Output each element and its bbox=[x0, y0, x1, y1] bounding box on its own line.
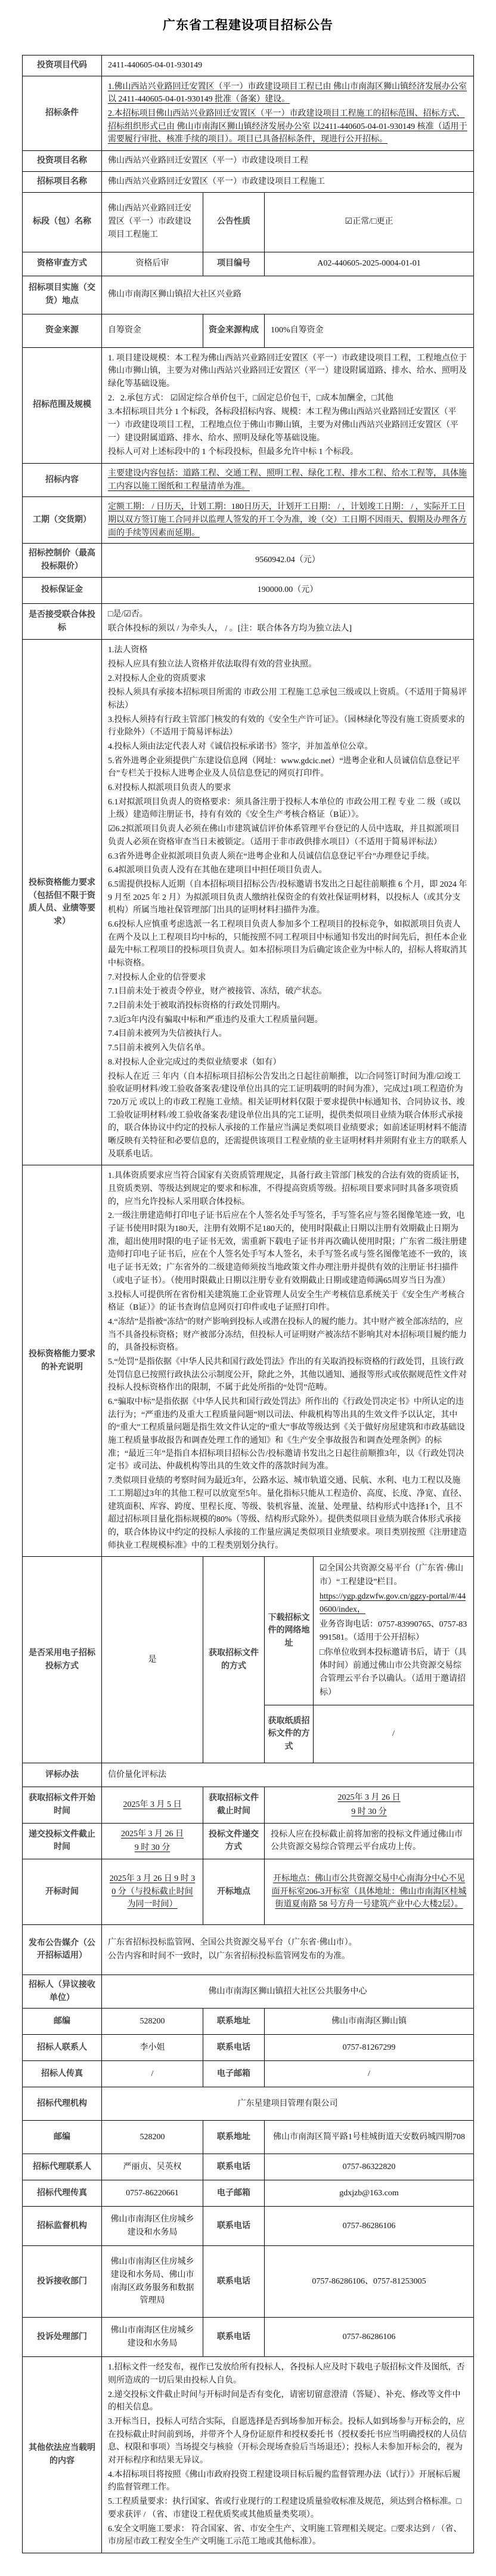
agency-email-value: gdxjzb@163.com bbox=[264, 2180, 473, 2207]
paragraph: 7.类似项目业绩的考察时间为最近3年，公路水运、城市轨道交通、民航、水利、电力工… bbox=[108, 1474, 467, 1553]
opening-place-value: 开标地点：佛山市公共资源交易中心南海分中心不见面开标室206-3开标室（具体地址… bbox=[264, 1859, 473, 1924]
complaint-handle-label: 投诉处理部门 bbox=[22, 2318, 101, 2357]
obtain-start-label: 获取招标文件开始时间 bbox=[22, 1787, 101, 1823]
row-tenderer: 招标人（异议接收单位） 佛山市南海区狮山镇招大社区公共服务中心 bbox=[22, 1975, 473, 2008]
complaint-receive-tel-label: 联系电话 bbox=[203, 2246, 264, 2318]
paragraph: 联合体投标的须以 / 为牵头人， / 。[注：联合体各方均为独立法人] bbox=[108, 622, 467, 636]
row-consortium: 是否接受联合体投标 □是/☑否。联合体投标的须以 / 为牵头人， / 。[注：联… bbox=[22, 603, 473, 639]
paragraph: 7.对投标人企业的信誉要求 bbox=[108, 971, 467, 985]
tender-project-name-value: 佛山西站兴业路回迁安置区（平一）市政建设项目工程施工 bbox=[101, 171, 473, 192]
tenderer-tel-value: 0757-81267299 bbox=[264, 2035, 473, 2061]
paragraph: 5.“处罚”是指依据《中华人民共和国行政处罚法》作出的有关取消投标资格的行政处罚… bbox=[108, 1355, 467, 1395]
project-number-label: 项目编号 bbox=[203, 252, 264, 276]
invest-project-name-label: 投资项目名称 bbox=[22, 151, 101, 172]
tender-conditions-label: 招标条件 bbox=[22, 76, 101, 150]
agency-postcode-label: 邮编 bbox=[22, 2121, 101, 2154]
tenderer-email-label: 电子邮箱 bbox=[203, 2061, 264, 2087]
paragraph: 7.3近3年内没有骗取中标和严重违约及重大工程质量问题。 bbox=[108, 1013, 467, 1028]
obtain-start-value: 2025年 3 月 5 日 bbox=[101, 1787, 203, 1823]
paragraph: 投标人须具有承接本招标项目所需的 市政公用 工程施工总承包三级或以上资质。（不适… bbox=[108, 686, 467, 712]
supervision-label: 招标监督机构 bbox=[22, 2207, 101, 2246]
download-invite-text: □你单位收到本投标邀请书后，请于（具体时间）前通过佛山市公共资源交易综合管理云平… bbox=[320, 1646, 467, 1701]
row-tender-project-name: 招标项目名称 佛山西站兴业路回迁安置区（平一）市政建设项目工程施工 bbox=[22, 171, 473, 192]
complaint-handle-tel-label: 联系电话 bbox=[203, 2318, 264, 2357]
funding-value: 自筹资金 bbox=[101, 314, 203, 347]
evaluation-label: 评标办法 bbox=[22, 1763, 101, 1787]
obtain-deadline-label: 获取招标文件截止时间 bbox=[203, 1787, 264, 1823]
obtain-deadline-value: 2025年 3 月 26 日 9 时 30 分 bbox=[264, 1787, 473, 1823]
tenderer-tel-label: 联系电话 bbox=[203, 2035, 264, 2061]
notice-type-label: 公告性质 bbox=[203, 192, 264, 252]
paper-method-label: 获取纸质招标文件的方式 bbox=[265, 1705, 314, 1763]
duration-value: 定额工期： / 日历天，计划工期：180日历天，计划开工日期： / ，计划竣工日… bbox=[101, 497, 473, 544]
paragraph: 3.投标人须持有行政主管部门核发的有效的《安全生产许可证》。（园林绿化等没有施工… bbox=[108, 713, 467, 740]
consortium-value: □是/☑否。联合体投标的须以 / 为牵头人， / 。[注：联合体各方均为独立法人… bbox=[101, 603, 473, 639]
complaint-handle-tel-value: 0757-86286106 bbox=[264, 2318, 473, 2357]
row-agency-contact: 招标代理联系人 严丽贞、吴英权 联系电话 0757-86322820 bbox=[22, 2154, 473, 2180]
tenderer-contact-value: 李小姐 bbox=[101, 2035, 203, 2061]
complaint-receive-tel-value: 0757-86286106、0757-81253005 bbox=[264, 2246, 473, 2318]
row-qualification-notes: 投标资格能力要求的补充说明 1.具体资质要求应当符合国家有关资质管理规定，具备行… bbox=[22, 1165, 473, 1557]
agency-fax-label: 招标代理传真 bbox=[22, 2180, 101, 2207]
complaint-handle-value: 佛山市南海区住房城乡建设和水务局 bbox=[101, 2318, 203, 2357]
paragraph: 投标人应具有独立法人资格并依法取得有效的营业执照。 bbox=[108, 658, 467, 672]
paragraph: 2.本招标项目佛山西站兴业路回迁安置区（平一）市政建设项目工程施工的招标范围、招… bbox=[108, 107, 467, 147]
download-address-content: ☑全国公共资源交易平台（广东省·佛山市）“工程建设”栏目。 https://yg… bbox=[314, 1557, 473, 1705]
tenderer-value: 佛山市南海区狮山镇招大社区公共服务中心 bbox=[101, 1975, 473, 2008]
paragraph: 6.1对拟派项目负责人的资格要求：须具备注册于投标人本单位的 市政公用工程 专业… bbox=[108, 795, 467, 822]
row-qualification-requirements: 投标资格能力要求（包括但不限于资质人员、业绩等要求） 1.法人资格投标人应具有独… bbox=[22, 640, 473, 1165]
row-qualification-method: 资格审查方式 资格后审 项目编号 A02-440605-2025-0004-01… bbox=[22, 252, 473, 276]
qualification-method-label: 资格审查方式 bbox=[22, 252, 101, 276]
submission-deadline-date: 2025年 3 月 26 日 bbox=[108, 1827, 197, 1841]
scope-value: 1. 项目建设规模：本工程为佛山西站兴业路回迁安置区（平一）市政建设项目工程，工… bbox=[101, 347, 473, 464]
tenderer-fax-label: 招标人传真 bbox=[22, 2061, 101, 2087]
paragraph: 6.4拟派项目负责人没有在其他在建项目中担任项目负责人。 bbox=[108, 863, 467, 878]
submission-deadline-label: 递交投标文件截止时间 bbox=[22, 1823, 101, 1859]
row-tenderer-contact: 招标人联系人 李小姐 联系电话 0757-81267299 bbox=[22, 2035, 473, 2061]
project-code-label: 投资项目代码 bbox=[22, 55, 101, 76]
paragraph: 7.1目前未处于被责令停业，财产被接管、冻结，破产状态。 bbox=[108, 985, 467, 999]
download-url-link[interactable]: https://ygp.gdzwfw.gov.cn/ggzy-portal/#/… bbox=[320, 1590, 467, 1618]
tenderer-postcode-label: 邮编 bbox=[22, 2009, 101, 2035]
paper-subrow: 获取纸质招标文件的方式 / bbox=[265, 1705, 473, 1763]
paragraph: 公告内容和时间不一致时，以广东省招标投标监管网发布的为准。 bbox=[108, 1949, 467, 1964]
duration-label: 工期（交货期） bbox=[22, 497, 101, 544]
control-price-label: 招标控制价（最高投标限价） bbox=[22, 544, 101, 577]
submission-method-value: 投标人应在投标截止前将加密的投标文件通过佛山市公共资源交易综合管理云平台成功上传… bbox=[264, 1823, 473, 1859]
paragraph: 1.佛山西站兴业路回迁安置区（平一）市政建设项目工程已由 佛山市南海区狮山镇经济… bbox=[108, 80, 467, 107]
paragraph: 6.5需提供投标人近期（自本招标项目招标公告/投标邀请书发出之日起往前顺推 6 … bbox=[108, 878, 467, 918]
agency-label: 招标代理机构 bbox=[22, 2087, 101, 2121]
supervision-tel-value: 0757-86286106 bbox=[264, 2207, 473, 2246]
media-label: 发布公告媒介（公开招标适用） bbox=[22, 1924, 101, 1975]
paragraph: 2.对投标人企业的资质要求 bbox=[108, 672, 467, 686]
row-obtain-time: 获取招标文件开始时间 2025年 3 月 5 日 获取招标文件截止时间 2025… bbox=[22, 1787, 473, 1823]
row-funding: 资金来源 自筹资金 资金来源构成 100%自筹资金 bbox=[22, 314, 473, 347]
opening-time-label: 开标时间 bbox=[22, 1859, 101, 1924]
agency-contact-value: 严丽贞、吴英权 bbox=[101, 2154, 203, 2180]
row-tenderer-fax: 招标人传真 / 电子邮箱 / bbox=[22, 2061, 473, 2087]
row-location: 招标项目实施（交货）地点 佛山市南海区狮山镇招大社区兴业路 bbox=[22, 276, 473, 314]
complaint-receive-value: 佛山市南海区住房城乡建设和水务局、佛山市南海区政务服务和数据管理局 bbox=[101, 2246, 203, 2318]
row-agency: 招标代理机构 广东星建项目管理有限公司 bbox=[22, 2087, 473, 2121]
row-tender-conditions: 招标条件 1.佛山西站兴业路回迁安置区（平一）市政建设项目工程已由 佛山市南海区… bbox=[22, 76, 473, 150]
agency-value: 广东星建项目管理有限公司 bbox=[101, 2087, 473, 2121]
qualification-requirements-value: 1.法人资格投标人应具有独立法人资格并依法取得有效的营业执照。2.对投标人企业的… bbox=[101, 640, 473, 1165]
row-submission: 递交投标文件截止时间 2025年 3 月 26 日 9 时 30 分 投标文件递… bbox=[22, 1823, 473, 1859]
paragraph: 投标人在近 三 年内（自本招标项目招标公告发出之日起往前顺推，以□合同签订时间为… bbox=[108, 1070, 467, 1162]
consortium-label: 是否接受联合体投标 bbox=[22, 603, 101, 639]
supervision-tel-label: 联系电话 bbox=[203, 2207, 264, 2246]
paragraph: ☑6.2拟派项目负责人必须在佛山市建筑诚信评价体系管理平台登记的人员中选取，并且… bbox=[108, 822, 467, 849]
row-project-code: 投资项目代码 2411-440605-04-01-930149 bbox=[22, 55, 473, 76]
paragraph: 5.工程质量要求：执行国家、省或行业现行的工程建设质量验收标准及规范，须达到合格… bbox=[108, 2495, 467, 2522]
row-opening: 开标时间 2025年 3 月 26 日 9 时 30 分（与投标截止时间为同一时… bbox=[22, 1859, 473, 1924]
project-number-value: A02-440605-2025-0004-01-01 bbox=[264, 252, 473, 276]
bid-bond-label: 投标保证金 bbox=[22, 577, 101, 603]
download-subrow: 下载招标文件的网络地址 ☑全国公共资源交易平台（广东省·佛山市）“工程建设”栏目… bbox=[265, 1557, 473, 1705]
paragraph: 投标人可对上述标段中的 1 个标段投标，但最多允许中标 1 个标段。 bbox=[108, 445, 467, 459]
paragraph: 7.2目前未处于被取消投标资格的行政处罚期内。 bbox=[108, 999, 467, 1013]
evaluation-value: 信价量化评标法 bbox=[101, 1763, 473, 1787]
supervision-value: 佛山市南海区住房城乡建设和水务局 bbox=[101, 2207, 203, 2246]
row-agency-fax: 招标代理传真 0757-86220661 电子邮箱 gdxjzb@163.com bbox=[22, 2180, 473, 2207]
paragraph: 6.6投标人应慎重考虑选派一名工程项目负责人参加多个工程项目的投标竞争，如拟派项… bbox=[108, 918, 467, 971]
paragraph: 6.3省外进粤企业拟派项目负责人须在“进粤企业和人员诚信信息登记平台”办理登记手… bbox=[108, 850, 467, 864]
funding-composition-label: 资金来源构成 bbox=[203, 314, 264, 347]
agency-tel-value: 0757-86322820 bbox=[264, 2154, 473, 2180]
paragraph: □是/☑否。 bbox=[108, 607, 467, 622]
opening-place-label: 开标地点 bbox=[203, 1859, 264, 1924]
submission-method-label: 投标文件递交方式 bbox=[203, 1823, 264, 1859]
row-control-price: 招标控制价（最高投标限价） 9560942.04（元） bbox=[22, 544, 473, 577]
paragraph: 2.递交投标文件截止时间与开标时间是否有变化，请密切留意澄清（答疑）、补充、修改… bbox=[108, 2388, 467, 2415]
tender-project-name-label: 招标项目名称 bbox=[22, 171, 101, 192]
bid-bond-value: 190000.00（元） bbox=[101, 577, 473, 603]
paragraph: 8.对投标人企业完成过的类似业绩要求（如有） bbox=[108, 1056, 467, 1070]
agency-contact-label: 招标代理联系人 bbox=[22, 2154, 101, 2180]
tenderer-address-value: 佛山市南海区狮山镇 bbox=[264, 2009, 473, 2035]
row-complaint-handle: 投诉处理部门 佛山市南海区住房城乡建设和水务局 联系电话 0757-862861… bbox=[22, 2318, 473, 2357]
complaint-receive-label: 投诉接收部门 bbox=[22, 2246, 101, 2318]
paragraph: 7.5目前未被列入失信名单。 bbox=[108, 1041, 467, 1056]
tenderer-address-label: 联系地址 bbox=[203, 2009, 264, 2035]
submission-deadline-value: 2025年 3 月 26 日 9 时 30 分 bbox=[101, 1823, 203, 1859]
row-tenderer-postcode: 邮编 528200 联系地址 佛山市南海区狮山镇 bbox=[22, 2009, 473, 2035]
download-address-label: 下载招标文件的网络地址 bbox=[265, 1557, 314, 1705]
paragraph: 6.安全文明施工要求： 符合国家、省、市安全生产、文明施工管理相关规定。□要求达… bbox=[108, 2522, 467, 2549]
control-price-value: 9560942.04（元） bbox=[101, 544, 473, 577]
qualification-notes-label: 投标资格能力要求的补充说明 bbox=[22, 1165, 101, 1557]
paragraph: 6.“骗取中标”是指依据《中华人民共和国行政处罚法》所作出的《行政处罚决定书》中… bbox=[108, 1395, 467, 1474]
obtain-deadline-time: 9 时 30 分 bbox=[271, 1805, 467, 1819]
paragraph: 1.具体资质要求应当符合国家有关资质管理规定，具备行政主管部门核发的合法有效的资… bbox=[108, 1169, 467, 1209]
media-value: 广东省招标投标监管网、全国公共资源交易平台（广东省·佛山市）。公告内容和时间不一… bbox=[101, 1924, 473, 1975]
paragraph: 3.开标当日，投标人可结合实际，自愿选择是否到场参加开标会。投标人如到场参与开标… bbox=[108, 2415, 467, 2468]
row-supervision: 招标监督机构 佛山市南海区住房城乡建设和水务局 联系电话 0757-862861… bbox=[22, 2207, 473, 2246]
funding-composition-value: 100%自筹资金 bbox=[264, 314, 473, 347]
funding-label: 资金来源 bbox=[22, 314, 101, 347]
notice-type-value: ☑正常/□更正 bbox=[264, 192, 473, 252]
row-section-name: 标段（包）名称 佛山西站兴业路回迁安置区（平一）市政建设项目工程施工 公告性质 … bbox=[22, 192, 473, 252]
e-bidding-value: 是 bbox=[101, 1557, 203, 1763]
paragraph: 5.省外进粤企业须提供广东建设信息网（网址：www.gdcic.net）“进粤企… bbox=[108, 754, 467, 781]
obtain-deadline-date: 2025年 3 月 26 日 bbox=[271, 1791, 467, 1805]
agency-tel-label: 联系电话 bbox=[203, 2154, 264, 2180]
qualification-notes-value: 1.具体资质要求应当符合国家有关资质管理规定，具备行政主管部门核发的合法有效的资… bbox=[101, 1165, 473, 1557]
paragraph: 广东省招标投标监管网、全国公共资源交易平台（广东省·佛山市）。 bbox=[108, 1936, 467, 1950]
paragraph: 1.法人资格 bbox=[108, 643, 467, 658]
qualification-requirements-label: 投标资格能力要求（包括但不限于资质人员、业绩等要求） bbox=[22, 640, 101, 1165]
row-evaluation: 评标办法 信价量化评标法 bbox=[22, 1763, 473, 1787]
section-name-value: 佛山西站兴业路回迁安置区（平一）市政建设项目工程施工 bbox=[101, 192, 203, 252]
paragraph: 1. 项目建设规模：本工程为佛山西站兴业路回迁安置区（平一）市政建设项目工程，工… bbox=[108, 351, 467, 391]
agency-fax-value: 0757-86220661 bbox=[101, 2180, 203, 2207]
row-bid-bond: 投标保证金 190000.00（元） bbox=[22, 577, 473, 603]
paragraph: 1.招标文件一经发布，视作已发放给所有投标人，各投标人应及时下载电子版招标文件及… bbox=[108, 2361, 467, 2387]
submission-deadline-time: 9 时 30 分 bbox=[108, 1841, 197, 1855]
announcement-table: 投资项目代码 2411-440605-04-01-930149 招标条件 1.佛… bbox=[22, 55, 474, 2553]
paragraph: 4.投标人须由法定代表人对《诚信投标承诺书》签字，并加盖单位公章。 bbox=[108, 740, 467, 754]
paragraph: 3.本招标项目共分 1 个标段，各标段招标内容、规模：本工程为佛山西站兴业路回迁… bbox=[108, 405, 467, 445]
paper-method-value: / bbox=[314, 1705, 473, 1763]
obtain-method-label: 获取招标文件的方式 bbox=[203, 1557, 264, 1763]
tenderer-postcode-value: 528200 bbox=[101, 2009, 203, 2035]
row-duration: 工期（交货期） 定额工期： / 日历天，计划工期：180日历天，计划开工日期： … bbox=[22, 497, 473, 544]
obtain-method-cell: 下载招标文件的网络地址 ☑全国公共资源交易平台（广东省·佛山市）“工程建设”栏目… bbox=[264, 1557, 473, 1763]
tender-conditions-value: 1.佛山西站兴业路回迁安置区（平一）市政建设项目工程已由 佛山市南海区狮山镇经济… bbox=[101, 76, 473, 150]
location-value: 佛山市南海区狮山镇招大社区兴业路 bbox=[101, 276, 473, 314]
row-complaint-receive: 投诉接收部门 佛山市南海区住房城乡建设和水务局、佛山市南海区政务服务和数据管理局… bbox=[22, 2246, 473, 2318]
qualification-method-value: 资格后审 bbox=[101, 252, 203, 276]
content-value: 主要建设内容包括：道路工程、交通工程、照明工程、绿化工程、排水工程、给水工程等，… bbox=[101, 464, 473, 497]
paragraph: 7.4目前未被列为失信被执行人。 bbox=[108, 1027, 467, 1041]
agency-address-value: 佛山市南海区简平路1号桂城街道天安数码城四期708 bbox=[264, 2121, 473, 2154]
paragraph: 3.投标人可提供所在省份相关建筑施工企业管理人员安全生产考核信息系统关于《安全生… bbox=[108, 1288, 467, 1315]
row-content: 招标内容 主要建设内容包括：道路工程、交通工程、照明工程、绿化工程、排水工程、给… bbox=[22, 464, 473, 497]
project-code-value: 2411-440605-04-01-930149 bbox=[101, 55, 473, 76]
tenderer-label: 招标人（异议接收单位） bbox=[22, 1975, 101, 2008]
row-scope: 招标范围及规模 1. 项目建设规模：本工程为佛山西站兴业路回迁安置区（平一）市政… bbox=[22, 347, 473, 464]
paragraph: 4.“冻结”是指被“冻结”的财产影响到投标人或潜在投标人的履约能力。其中财产被全… bbox=[108, 1315, 467, 1355]
agency-email-label: 电子邮箱 bbox=[203, 2180, 264, 2207]
download-phone-text: 业务咨询电话：0757-83990765、0757-83991581。（适用于公… bbox=[320, 1618, 467, 1646]
agency-postcode-value: 528200 bbox=[101, 2121, 203, 2154]
other-content-label: 其他依法应当载明的内容 bbox=[22, 2357, 101, 2553]
page-title: 广东省工程建设项目招标公告 bbox=[0, 16, 496, 33]
e-bidding-label: 是否采用电子招标投标方式 bbox=[22, 1557, 101, 1763]
location-label: 招标项目实施（交货）地点 bbox=[22, 276, 101, 314]
row-agency-postcode: 邮编 528200 联系地址 佛山市南海区简平路1号桂城街道天安数码城四期708 bbox=[22, 2121, 473, 2154]
paragraph: 6.对投标人拟派项目负责人的要求 bbox=[108, 781, 467, 795]
scope-label: 招标范围及规模 bbox=[22, 347, 101, 464]
tenderer-contact-label: 招标人联系人 bbox=[22, 2035, 101, 2061]
download-platform-text: ☑全国公共资源交易平台（广东省·佛山市）“工程建设”栏目。 bbox=[320, 1562, 467, 1590]
paragraph: 4.本招标项目将按照《佛山市政府投资工程建设项目标后履约监督管理办法（试行）》开… bbox=[108, 2468, 467, 2495]
invest-project-name-value: 佛山西站兴业路回迁安置区（平一）市政建设项目工程 bbox=[101, 151, 473, 172]
paragraph: 2.一级注册建造师打印电子证书后应在个人签名处手写签名，手写签名应与签名图像笔迹… bbox=[108, 1209, 467, 1288]
tenderer-email-value: / bbox=[264, 2061, 473, 2087]
agency-address-label: 联系地址 bbox=[203, 2121, 264, 2154]
row-e-bidding: 是否采用电子招标投标方式 是 获取招标文件的方式 下载招标文件的网络地址 ☑全国… bbox=[22, 1557, 473, 1763]
announcement-page: 广东省工程建设项目招标公告 投资项目代码 2411-440605-04-01-9… bbox=[0, 0, 496, 2576]
row-media: 发布公告媒介（公开招标适用） 广东省招标投标监管网、全国公共资源交易平台（广东省… bbox=[22, 1924, 473, 1975]
tenderer-fax-value: / bbox=[101, 2061, 203, 2087]
opening-time-value: 2025年 3 月 26 日 9 时 30 分（与投标截止时间为同一时间） bbox=[101, 1859, 203, 1924]
section-name-label: 标段（包）名称 bbox=[22, 192, 101, 252]
paragraph: 2．2.承包方式： ☑固定综合单价包干，□固定总价包干，□成本加酬金，□其他 bbox=[108, 391, 467, 406]
content-label: 招标内容 bbox=[22, 464, 101, 497]
row-other-content: 其他依法应当载明的内容 1.招标文件一经发布，视作已发放给所有投标人，各投标人应… bbox=[22, 2357, 473, 2553]
other-content-value: 1.招标文件一经发布，视作已发放给所有投标人，各投标人应及时下载电子版招标文件及… bbox=[101, 2357, 473, 2553]
row-invest-project-name: 投资项目名称 佛山西站兴业路回迁安置区（平一）市政建设项目工程 bbox=[22, 151, 473, 172]
